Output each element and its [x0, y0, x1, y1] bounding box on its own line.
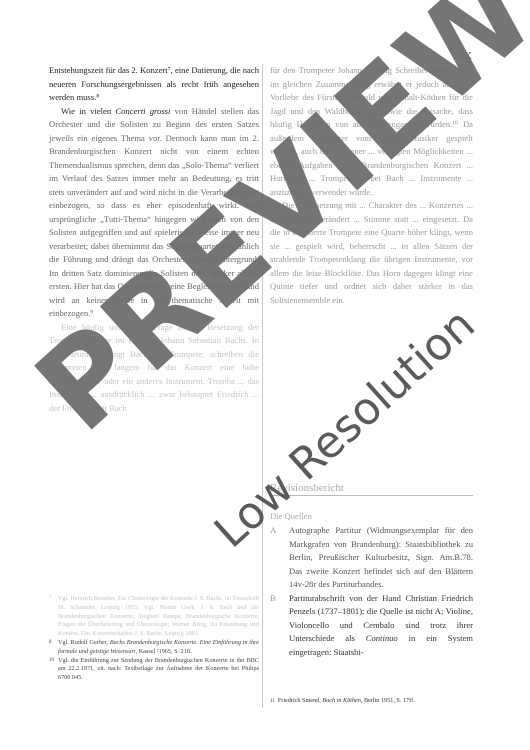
page-number: IX	[460, 50, 472, 62]
right-paragraph-2: Die ... Besetzung mit ... Charakter des …	[270, 199, 473, 307]
source-label: B	[270, 592, 289, 660]
footnote-number: 7	[49, 595, 58, 639]
document-page: IX Entstehungszeit für das 2. Konzert⁷, …	[0, 0, 530, 750]
text-run: Kassel ²1965, S. 21ff.	[137, 648, 192, 655]
footnote-number: 8	[49, 639, 58, 657]
footnote-text: Vgl. Rudolf Gerber, Bachs Brandenburgisc…	[58, 639, 259, 657]
italic-run: Bach in Köthen,	[322, 697, 362, 704]
source-a: A Autographe Partitur (Widmungsexemplar …	[270, 524, 473, 592]
footnote-number: 11	[270, 699, 275, 704]
column-divider	[262, 64, 263, 708]
text-run: von Händel stellen das Orchester und die…	[49, 106, 259, 319]
left-footnotes: 7 Vgl. Heinrich Besseler, Zur Chronologi…	[49, 595, 259, 683]
left-column: Entstehungszeit für das 2. Konzert⁷, ein…	[49, 64, 259, 415]
revision-report-heading: Revisionsbericht	[270, 482, 473, 496]
source-text: Autographe Partitur (Widmungsexemplar fü…	[289, 524, 473, 592]
left-paragraph-1: Entstehungszeit für das 2. Konzert⁷, ein…	[49, 64, 259, 105]
footnote-8: 8 Vgl. Rudolf Gerber, Bachs Brandenburgi…	[49, 639, 259, 657]
text-run: Vgl. Rudolf Gerber,	[58, 639, 110, 646]
footnote-11: 11Friedrich Smend, Bach in Köthen, Berli…	[270, 697, 473, 707]
right-column: für den Trompeter Johann Ludwig Schreibe…	[270, 64, 473, 307]
footnote-number: 10	[49, 657, 58, 683]
footnote-10: 10 Vgl. die Einführung zur Sendung der B…	[49, 657, 259, 683]
text-run: Wie in vielen	[61, 106, 115, 116]
left-paragraph-3: Eine häufig umstrittene Frage ist die Be…	[49, 321, 259, 416]
left-paragraph-2: Wie in vielen Concerti grossi von Händel…	[49, 105, 259, 321]
source-b: B Partiturabschrift von der Hand Christi…	[270, 592, 473, 660]
text-run: für den Trompeter Johann Ludwig Schreibe…	[270, 65, 473, 197]
italic-run: Concerti grossi	[115, 106, 170, 116]
text-run: Friedrich Smend,	[278, 697, 323, 704]
right-paragraph-1: für den Trompeter Johann Ludwig Schreibe…	[270, 64, 473, 199]
sources-subheading: Die Quellen	[270, 511, 312, 521]
source-text: Partiturabschrift von der Hand Christian…	[289, 592, 473, 660]
source-label: A	[270, 524, 289, 592]
footnote-text: Vgl. Heinrich Besseler, Zur Chronologie …	[58, 595, 259, 639]
text-run: Berlin 1951, S. 17ff.	[362, 697, 414, 704]
sources-list: A Autographe Partitur (Widmungsexemplar …	[270, 524, 473, 659]
footnote-text: Vgl. die Einführung zur Sendung der Bran…	[58, 657, 259, 683]
italic-run: Continuo	[366, 633, 398, 643]
footnote-7: 7 Vgl. Heinrich Besseler, Zur Chronologi…	[49, 595, 259, 639]
